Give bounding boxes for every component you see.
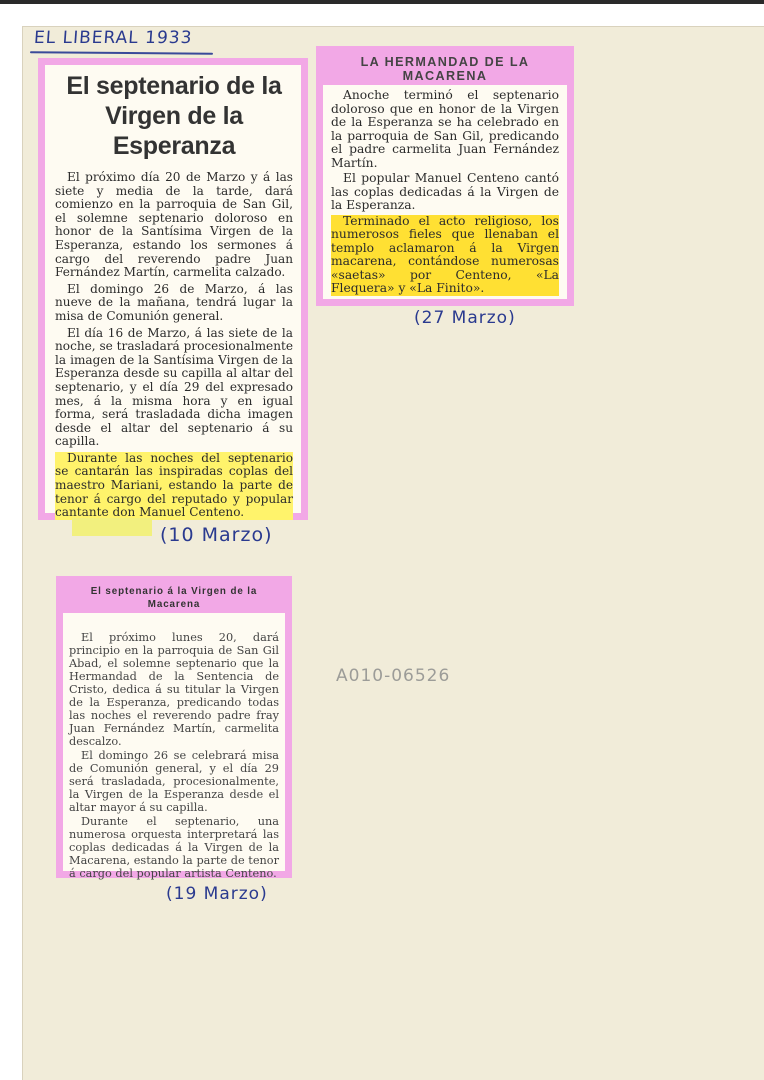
scan-top-border: [0, 0, 764, 4]
clipping-septenario-macarena: El septenario á la Virgen de la Macarena…: [56, 576, 292, 878]
clipping-body: El próximo lunes 20, dará principio en l…: [69, 631, 279, 880]
highlighted-paragraph: Terminado el acto religioso, los numeros…: [331, 215, 559, 296]
date-note: (27 Marzo): [414, 308, 516, 328]
clipping-hermandad-macarena: LA HERMANDAD DE LA MACARENA Anoche termi…: [316, 46, 574, 306]
clipping-body: El próximo día 20 de Marzo y á las siete…: [55, 171, 293, 520]
paragraph: El próximo lunes 20, dará principio en l…: [69, 631, 279, 748]
paragraph: El domingo 26 se celebrará misa de Comun…: [69, 749, 279, 814]
highlighter-mark: [72, 518, 152, 536]
clipping-title: El septenario á la Virgen de la Macarena: [63, 583, 285, 613]
newspaper-source-note: EL LIBERAL 1933: [33, 28, 193, 48]
date-note: (19 Marzo): [166, 884, 268, 904]
paragraph: Durante el septenario, una numerosa orqu…: [69, 815, 279, 880]
paragraph: Anoche terminó el septenario doloroso qu…: [331, 89, 559, 170]
date-note: (10 Marzo): [160, 524, 273, 546]
paragraph: El popular Manuel Centeno cantó las copl…: [331, 172, 559, 213]
clipping-body: Anoche terminó el septenario doloroso qu…: [331, 89, 559, 296]
clipping-title: LA HERMANDAD DE LA MACARENA: [323, 53, 567, 85]
paragraph: El domingo 26 de Marzo, á las nueve de l…: [55, 283, 293, 324]
paragraph: El día 16 de Marzo, á las siete de la no…: [55, 327, 293, 449]
archive-reference-code: A010-06526: [336, 666, 450, 686]
paragraph: El próximo día 20 de Marzo y á las siete…: [55, 171, 293, 280]
clipping-title: El septenario de la Virgen de la Esperan…: [55, 71, 293, 161]
highlighted-paragraph: Durante las noches del septenario se can…: [55, 452, 293, 520]
clipping-septenario-esperanza: El septenario de la Virgen de la Esperan…: [38, 58, 308, 520]
